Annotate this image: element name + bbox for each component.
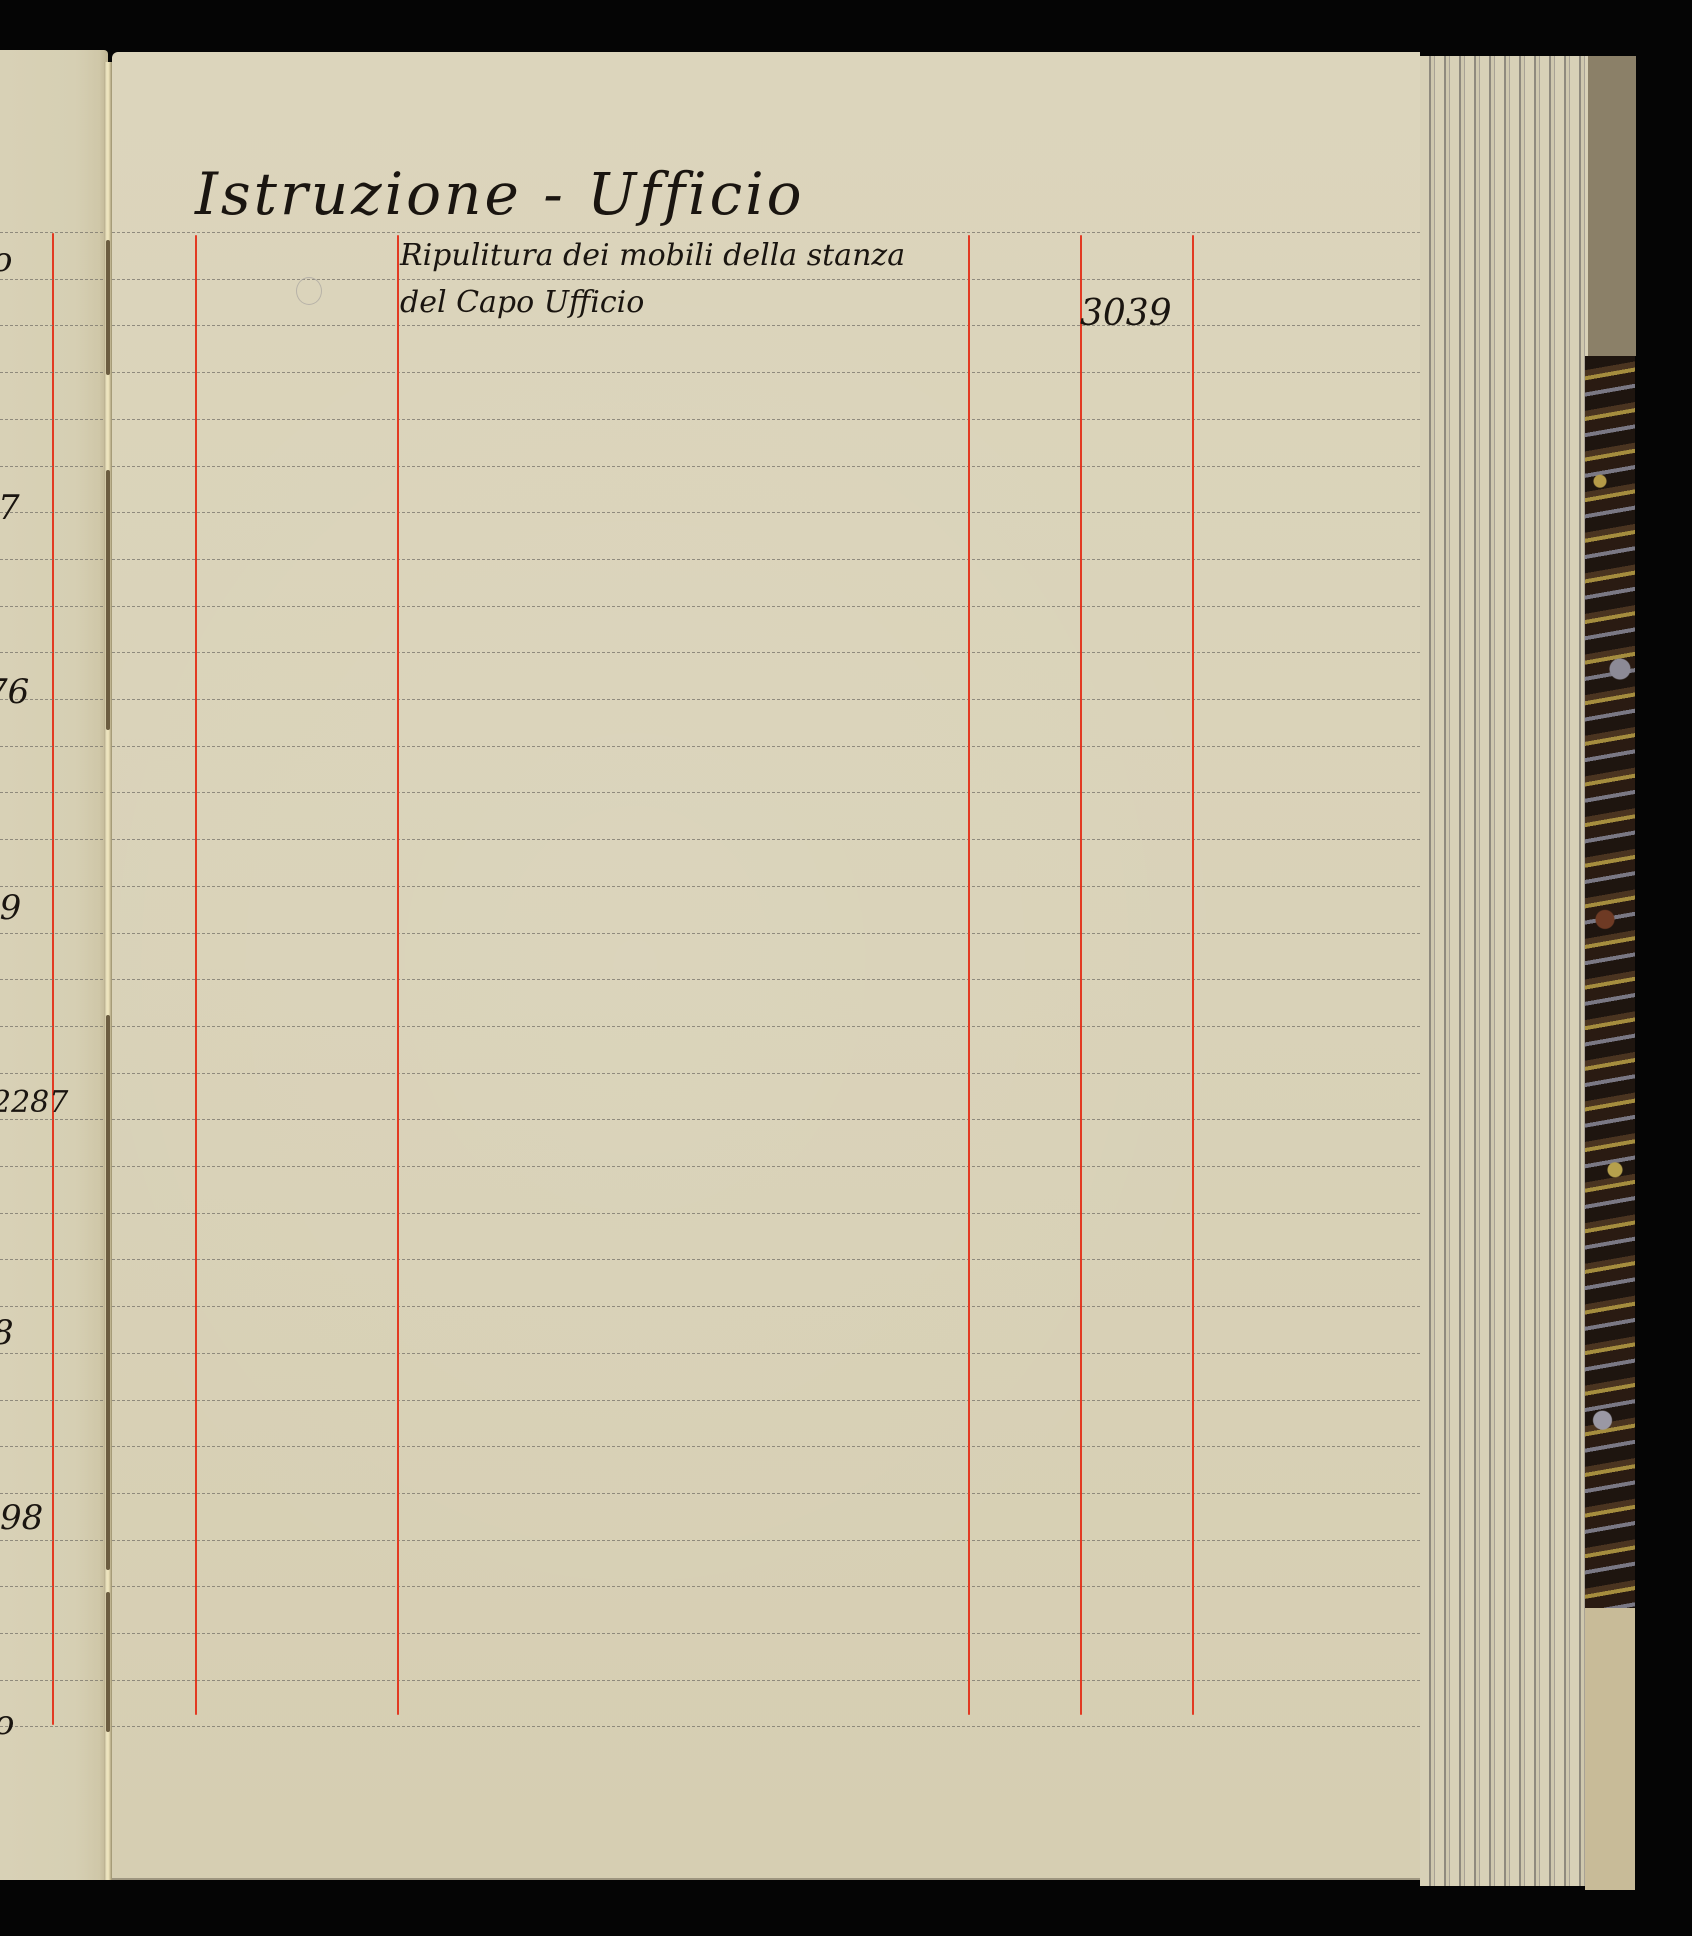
binding-thread [106, 1015, 110, 1570]
ruled-line [112, 232, 1420, 233]
ruled-line [0, 1213, 108, 1214]
ruled-line [112, 1026, 1420, 1027]
ruled-line [112, 606, 1420, 607]
page-stack-edges [1420, 56, 1588, 1886]
ledger-heading: Istruzione - Ufficio [195, 160, 805, 228]
ruled-line [0, 839, 108, 840]
binding-thread [106, 240, 110, 375]
ruled-line [0, 652, 108, 653]
ruled-line [112, 652, 1420, 653]
cover-corner-bottom [1585, 1608, 1635, 1890]
ruled-line [112, 512, 1420, 513]
ruled-line [0, 1540, 108, 1541]
right-page [112, 52, 1420, 1880]
left-margin-number: o [0, 240, 12, 280]
ruled-line [0, 933, 108, 934]
ruled-line [112, 1726, 1420, 1727]
ruled-line [0, 1166, 108, 1167]
entry-description-line-1: Ripulitura dei mobili della stanza [400, 238, 905, 273]
ruled-line [112, 1493, 1420, 1494]
ruled-line [0, 746, 108, 747]
ruled-line [112, 1119, 1420, 1120]
binding-thread [106, 1592, 110, 1732]
left-margin-number: 76 [0, 672, 29, 712]
ruled-line [0, 559, 108, 560]
ruled-line [0, 1446, 108, 1447]
ruled-line [0, 886, 108, 887]
binding-thread [106, 470, 110, 730]
ruled-line [0, 1680, 108, 1681]
ruled-line [0, 1259, 108, 1260]
ruled-line [112, 419, 1420, 420]
ruled-line [0, 1586, 108, 1587]
red-column-line-4 [1080, 235, 1082, 1715]
ruled-line [112, 1633, 1420, 1634]
red-column-line-1 [195, 235, 197, 1715]
left-page: o 7 76 19 2287 8 98 o [0, 50, 108, 1880]
red-column-line-3 [968, 235, 970, 1715]
left-margin-number: 98 [0, 1498, 43, 1538]
ruled-line [112, 1446, 1420, 1447]
ruled-line [112, 746, 1420, 747]
ruled-line [112, 466, 1420, 467]
ruled-line [112, 1166, 1420, 1167]
left-margin-number: 2287 [0, 1085, 68, 1120]
ruled-line [112, 325, 1420, 326]
red-column-line-2 [397, 235, 399, 1715]
ruled-line [0, 279, 108, 280]
ruled-line [0, 1306, 108, 1307]
ruled-line [0, 466, 108, 467]
ruled-line [112, 1586, 1420, 1587]
entry-amount: 3039 [1080, 293, 1172, 334]
entry-description-line-2: del Capo Ufficio [400, 285, 644, 320]
ruled-line [112, 886, 1420, 887]
ruled-line [112, 979, 1420, 980]
left-margin-number: 8 [0, 1313, 14, 1353]
ruled-line [0, 372, 108, 373]
ruled-line [0, 232, 108, 233]
ruled-line [0, 1493, 108, 1494]
ruled-line [0, 979, 108, 980]
ruled-line [112, 1680, 1420, 1681]
ruled-line [112, 1213, 1420, 1214]
ruled-line [0, 1026, 108, 1027]
ruled-line [112, 1353, 1420, 1354]
left-margin-number: 7 [0, 488, 20, 528]
ruled-line [0, 1726, 108, 1727]
ruled-line [112, 1540, 1420, 1541]
ruled-line [0, 1633, 108, 1634]
ruled-line [112, 1306, 1420, 1307]
cover-corner-top [1588, 56, 1636, 356]
ruled-line [112, 839, 1420, 840]
ruled-line [112, 933, 1420, 934]
ruled-line [112, 699, 1420, 700]
left-margin-number: 19 [0, 888, 21, 928]
left-margin-number: o [0, 1703, 14, 1743]
ruled-line [0, 1073, 108, 1074]
ruled-line [0, 1400, 108, 1401]
ruled-line [0, 325, 108, 326]
ruled-line [112, 1400, 1420, 1401]
ruled-line [0, 1353, 108, 1354]
ruled-line [0, 419, 108, 420]
ruled-line [112, 792, 1420, 793]
ruled-line [0, 606, 108, 607]
pencil-circle-mark [296, 277, 322, 305]
ruled-line [112, 559, 1420, 560]
ruled-line [112, 372, 1420, 373]
red-column-line-5 [1192, 235, 1194, 1715]
ruled-line [112, 1259, 1420, 1260]
ruled-line [0, 792, 108, 793]
ruled-line [112, 1073, 1420, 1074]
marbled-cover-edge [1585, 356, 1635, 1608]
